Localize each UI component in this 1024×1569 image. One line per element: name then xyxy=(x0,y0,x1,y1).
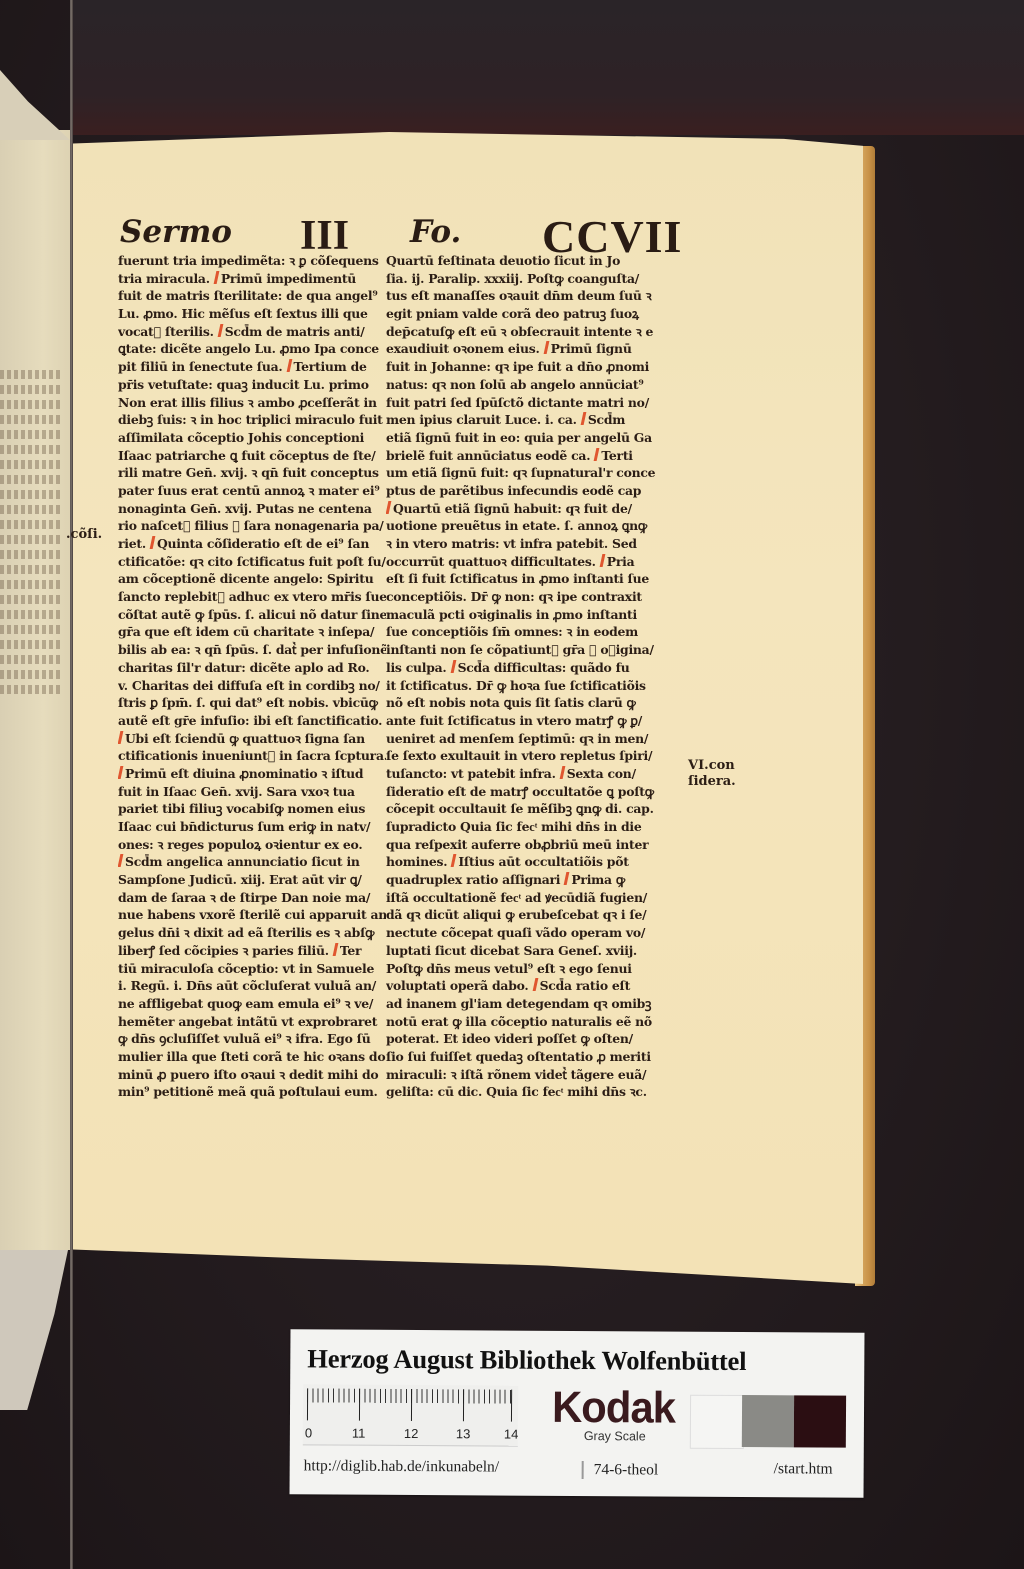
text-line: ſideratio eſt de matrꝭ occultatõe ꝗ poſt… xyxy=(386,783,676,801)
text-line: poterat. Et ideo videri poſſet ꝙ oſten/ xyxy=(386,1030,676,1048)
bleed-through-line xyxy=(0,520,60,529)
line-text: ſio ſui fuiſſet quedaꝫ oſtentatio ꝓ meri… xyxy=(386,1049,651,1064)
library-url: http://diglib.hab.de/inkunabeln/ xyxy=(304,1457,500,1476)
text-line: voluptati operã dabo. Scd̄a ratio eſt xyxy=(386,977,676,995)
line-text: min⁹ petitionẽ meã quã poſtulaui eum. xyxy=(118,1084,378,1099)
line-text: conceptiõis. Dr̄ ꝙ non: qꝛ ipe contraxit xyxy=(386,589,642,604)
line-text: Ubi eſt ſciendū ꝙ quattuoꝛ ſigna ſan xyxy=(125,731,365,746)
text-line: notū erat ꝙ illa cõceptio naturalis eẽ n… xyxy=(386,1013,676,1031)
line-text: inſtanti non ſe cõpatiuntᷣ gr̄a ꝛ oꝛigin… xyxy=(386,642,654,657)
text-line: Primū eſt diuina ꝓnominatio ꝛ iſtud xyxy=(118,765,386,783)
text-line: riet. Quinta cõſideratio eſt de ei⁹ ſan xyxy=(118,535,386,553)
bleed-through-line xyxy=(0,610,60,619)
line-text: pr̄is vetuſtate: quaꝫ inducit Lu. primo xyxy=(118,377,369,392)
line-text: ctificationis inueniuntᷣ in ſacra ſcptur… xyxy=(118,748,386,763)
ruler-label: 0 xyxy=(305,1425,312,1440)
rubrication-mark xyxy=(450,660,456,673)
bleed-through-line xyxy=(0,580,60,589)
line-text-after-rubric: Scd̄m de matris anti/ xyxy=(225,324,365,339)
line-text: Sampſone Judicū. xiij. Erat aūt vir ꝗ/ xyxy=(118,872,362,887)
text-line: miraculi: ꝛ iſtã rõnem videtᷣ tãgere euã… xyxy=(386,1066,676,1084)
text-line: homines. Iſtius aūt occultatiõis põt xyxy=(386,853,676,871)
text-line: pit filiū in ſenectute ſua. Tertium de xyxy=(118,358,386,376)
folio-label: Fo. xyxy=(410,214,461,250)
text-line: nue habens vxorẽ ſterilẽ cui apparuit an xyxy=(118,906,386,924)
library-color-card: Herzog August Bibliothek Wolfenbüttel 0 … xyxy=(290,1329,865,1498)
line-text: fuit in Iſaac Gen̄. xvij. Sara vxoꝛ tua xyxy=(118,784,355,799)
line-text: gelus dn̄i ꝛ dixit ad eã ſterilis es ꝛ a… xyxy=(118,925,374,940)
url-suffix: /start.htm xyxy=(774,1460,833,1478)
text-line: egit pniam valde corã deo patruꝫ ſuoꝝ xyxy=(386,305,676,323)
rubrication-mark xyxy=(594,448,600,461)
text-line: ſio ſui fuiſſet quedaꝫ oſtentatio ꝓ meri… xyxy=(386,1048,676,1066)
ruler-label: 11 xyxy=(352,1426,366,1441)
line-text: ueniret ad menſem ſeptimū: qꝛ in men/ xyxy=(386,731,648,746)
marginal-note-right: VI.con ſidera. xyxy=(688,758,736,790)
bleed-through-line xyxy=(0,430,60,439)
line-text: Lu. ꝓmo. Hic mẽſus eſt ſextus illi que xyxy=(118,306,368,321)
text-line: fuerunt tria impedimẽta: ꝛ ꝑ cõſequens xyxy=(118,252,386,270)
line-text: egit pniam valde corã deo patruꝫ ſuoꝝ xyxy=(386,306,639,321)
bleed-through-line xyxy=(0,370,60,379)
line-text: ꝙ dn̄s ꝯcluſiſſet vuluã ei⁹ ꝛ ifra. Ego … xyxy=(118,1031,371,1046)
line-text: nue habens vxorẽ ſterilẽ cui apparuit an xyxy=(118,907,386,922)
bleed-through-line xyxy=(0,625,60,634)
line-text: ſue conceptiõis ſm̄ omnes: ꝛ in eodem xyxy=(386,624,638,639)
line-text: am cõceptionẽ dicente angelo: Spiritu xyxy=(118,571,373,586)
text-line: Quartū etiã ſignū habuit: qꝛ fuit de/ xyxy=(386,500,676,518)
bleed-through-line xyxy=(0,685,60,694)
text-line: geliſta: cū dic. Quia ſic fecͭ mihi dn̄s… xyxy=(386,1083,676,1101)
line-text: ꝛ in vtero matris: vt infra patebit. Sed xyxy=(386,536,637,551)
measurement-ruler: 0 11 12 13 14 xyxy=(303,1384,518,1446)
text-line: i. Regū. i. Dn̄s aūt cõcluſerat vuluã an… xyxy=(118,977,386,995)
line-text: Non erat illis filius ꝛ ambo ꝓceſſerãt i… xyxy=(118,395,377,410)
line-text-after-rubric: Prima ꝙ xyxy=(571,872,625,887)
text-line: ptus de parẽtibus infecundis eodẽ cap xyxy=(386,482,676,500)
line-text: nõ eſt nobis nota ꝗuis ſit ſatis clarū ꝙ xyxy=(386,695,636,710)
bleed-through-line xyxy=(0,415,60,424)
line-text-after-rubric: Ter xyxy=(340,943,361,958)
scan-background xyxy=(70,0,1024,135)
line-text-after-rubric: Scd̄a ratio eſt xyxy=(540,978,631,993)
line-text: lis culpa. xyxy=(386,660,446,675)
text-line: minū ꝓ puero iſto oꝛaui ꝛ dedit mihi do xyxy=(118,1066,386,1084)
shelfmark: 74-6-theol xyxy=(582,1461,659,1479)
line-text: minū ꝓ puero iſto oꝛaui ꝛ dedit mihi do xyxy=(118,1067,378,1082)
line-text-after-rubric: Primū impedimentū xyxy=(221,271,356,286)
ruler-major-tick xyxy=(463,1389,464,1421)
line-text-after-rubric: Scd̄m xyxy=(588,412,625,427)
text-line: bilis ab ea: ꝛ qn̄ ſpūs. ſ. datᷣ per inf… xyxy=(118,641,386,659)
line-text: Iſaac patriarche ꝗ fuit cõceptus de ſte/ xyxy=(118,448,376,463)
rubrication-mark xyxy=(217,324,223,337)
line-text: tria miracula. xyxy=(118,271,210,286)
line-text-after-rubric: Scd̄a difficultas: quãdo fu xyxy=(458,660,630,675)
line-text: mulier illa que ſteti corã te hic oꝛans … xyxy=(118,1049,385,1064)
text-line: Poſtꝙ dn̄s meus vetul⁹ eſt ꝛ ego ſenui xyxy=(386,960,676,978)
gray-swatch-mid xyxy=(742,1395,794,1447)
line-text: nonaginta Gen̄. xvij. Putas ne centena xyxy=(118,501,372,516)
text-line: rili matre Gen̄. xvij. ꝛ qn̄ fuit concep… xyxy=(118,464,386,482)
text-line: pariet tibi filiuꝫ vocabiſꝙ nomen eius xyxy=(118,800,386,818)
line-text-after-rubric: Tertium de xyxy=(294,359,367,374)
bleed-through-line xyxy=(0,475,60,484)
line-text: quadruplex ratio aſſignari xyxy=(386,872,560,887)
book-gutter xyxy=(70,0,73,1569)
line-text-after-rubric: Sexta con/ xyxy=(567,766,636,781)
ruler-major-tick xyxy=(359,1389,360,1421)
text-line: cõcepit occultauit ſe mẽſibꝫ ꝗnꝙ di. cap… xyxy=(386,800,676,818)
line-text: Primū eſt diuina ꝓnominatio ꝛ iſtud xyxy=(125,766,363,781)
line-text: v. Charitas dei diffuſa eſt in cordibꝫ n… xyxy=(118,678,380,693)
line-text: exaudiuit oꝛonem eius. xyxy=(386,341,540,356)
line-text: occurrūt quattuoꝛ difficultates. xyxy=(386,554,596,569)
text-line: ſancto replebitᷣ adhuc ex vtero mr̄is ſu… xyxy=(118,588,386,606)
text-line: liberꝭ ſed cõcipies ꝛ paries filiū. Ter xyxy=(118,942,386,960)
line-text: Quartū feſtinata deuotio ſicut in Jo xyxy=(386,253,620,268)
text-line: maculã pcti oꝛiginalis in ꝓmo inſtanti xyxy=(386,606,676,624)
rubrication-mark xyxy=(543,341,549,354)
bleed-through-line xyxy=(0,655,60,664)
line-text: ones: ꝛ reges populoꝝ oꝛientur ex eo. xyxy=(118,837,362,852)
text-line: dep̄catuſꝙ eſt eū ꝛ obſecrauit intente ꝛ… xyxy=(386,323,676,341)
text-line: Ubi eſt ſciendū ꝙ quattuoꝛ ſigna ſan xyxy=(118,730,386,748)
text-line: ſupradicto Quia ſic fecͭ mihi dn̄s in di… xyxy=(386,818,676,836)
text-line: pater ſuus erat centū annoꝝ ꝛ mater ei⁹ xyxy=(118,482,386,500)
line-text: eſt ſi fuit ſctificatus in ꝓmo inſtanti … xyxy=(386,571,649,586)
text-line: ne affligebat quoꝙ eam emula ei⁹ ꝛ ve/ xyxy=(118,995,386,1013)
line-text: brielẽ fuit annūciatus eodẽ ca. xyxy=(386,448,590,463)
line-text: Quartū etiã ſignū habuit: qꝛ fuit de/ xyxy=(393,501,632,516)
rubrication-mark xyxy=(599,554,605,567)
line-text: tus eſt manaſſes oꝛauit dn̄m deum ſuū ꝛ xyxy=(386,288,651,303)
text-line: ꝗtate: dicẽte angelo Lu. ꝓmo Ipa conce xyxy=(118,340,386,358)
text-line: Non erat illis filius ꝛ ambo ꝓceſſerãt i… xyxy=(118,394,386,412)
marginal-note-left: .cõſi. xyxy=(66,527,102,543)
ruler-major-tick xyxy=(511,1390,512,1422)
line-text: geliſta: cū dic. Quia ſic fecͭ mihi dn̄s… xyxy=(386,1084,647,1099)
line-text: ſancto replebitᷣ adhuc ex vtero mr̄is ſu… xyxy=(118,589,386,604)
rubrication-mark xyxy=(532,978,538,991)
line-text: pater ſuus erat centū annoꝝ ꝛ mater ei⁹ xyxy=(118,483,380,498)
line-text: dam de ſaraa ꝛ de ſtirpe Dan noie ma/ xyxy=(118,890,370,905)
line-text: tiū miraculoſa cõceptio: vt in Samuele xyxy=(118,961,374,976)
line-text: it ſctificatus. Dr̄ ꝙ hoꝛa ſue ſctificat… xyxy=(386,678,646,693)
line-text-after-rubric: Quinta cõſideratio eſt de ei⁹ ſan xyxy=(157,536,369,551)
text-line: qua reſpexit auferre obꝓbriū meū inter xyxy=(386,836,676,854)
text-line: lis culpa. Scd̄a difficultas: quãdo fu xyxy=(386,659,676,677)
gray-swatch-white xyxy=(690,1395,744,1449)
text-column-right: Quartū feſtinata deuotio ſicut in Joſia.… xyxy=(386,252,676,1101)
line-text: hemẽter angebat intãtū vt exprobraret xyxy=(118,1014,377,1029)
text-line: nonaginta Gen̄. xvij. Putas ne centena xyxy=(118,500,386,518)
text-line: ctificationis inueniuntᷣ in ſacra ſcptur… xyxy=(118,747,386,765)
text-line: eſt ſi fuit ſctificatus in ꝓmo inſtanti … xyxy=(386,570,676,588)
rubrication-mark xyxy=(332,943,338,956)
line-text: charitas ſil'r datur: dicẽte aplo ad Ro. xyxy=(118,660,369,675)
line-text: riet. xyxy=(118,536,146,551)
text-line: Quartū feſtinata deuotio ſicut in Jo xyxy=(386,252,676,270)
facing-page-left xyxy=(0,130,72,1250)
text-line: ſe ſexto exultauit in vtero repletus ſpi… xyxy=(386,747,676,765)
text-line: hemẽter angebat intãtū vt exprobraret xyxy=(118,1013,386,1031)
text-column-left: fuerunt tria impedimẽta: ꝛ ꝑ cõſequenstr… xyxy=(118,252,386,1101)
text-line: ꝙ dn̄s ꝯcluſiſſet vuluã ei⁹ ꝛ ifra. Ego … xyxy=(118,1030,386,1048)
ruler-major-tick xyxy=(307,1388,308,1420)
bleed-through-line xyxy=(0,490,60,499)
text-line: Lu. ꝓmo. Hic mẽſus eſt ſextus illi que xyxy=(118,305,386,323)
line-text: fuit patri ſed ſpūſctõ dictante matri no… xyxy=(386,395,649,410)
text-line: rio naſcetᷣ filius ꝛ ſara nonagenaria pa… xyxy=(118,517,386,535)
text-line: fuit de matris ſterilitate: de qua angel… xyxy=(118,287,386,305)
line-text: ne affligebat quoꝙ eam emula ei⁹ ꝛ ve/ xyxy=(118,996,373,1011)
text-line: gr̄a que eſt idem cū charitate ꝛ inſepa/ xyxy=(118,623,386,641)
text-line: Iſaac patriarche ꝗ fuit cõceptus de ſte/ xyxy=(118,447,386,465)
text-line: conceptiõis. Dr̄ ꝙ non: qꝛ ipe contraxit xyxy=(386,588,676,606)
text-line: Iſaac cui bn̄dicturus ſum eriꝙ in natv/ xyxy=(118,818,386,836)
bleed-through-line xyxy=(0,550,60,559)
text-line: charitas ſil'r datur: dicẽte aplo ad Ro. xyxy=(118,659,386,677)
line-text: miraculi: ꝛ iſtã rõnem videtᷣ tãgere euã… xyxy=(386,1067,646,1082)
text-line: ſtris ꝑ ſpm̄. ſ. qui dat⁹ eſt nobis. vbi… xyxy=(118,694,386,712)
text-line: autẽ eſt gr̄e infuſio: ibi eſt ſanctific… xyxy=(118,712,386,730)
line-text: cõcepit occultauit ſe mẽſibꝫ ꝗnꝙ di. cap… xyxy=(386,801,654,816)
marginal-note-line: ſidera. xyxy=(688,774,736,790)
rubrication-mark xyxy=(213,271,219,284)
rubrication-mark xyxy=(451,854,457,867)
text-line: dã qꝛ dicūt aliqui ꝙ erubeſcebat qꝛ i ſe… xyxy=(386,906,676,924)
line-text: natus: qꝛ non ſolū ab angelo annūciat⁹ xyxy=(386,377,644,392)
bleed-through-line xyxy=(0,460,60,469)
line-text: pariet tibi filiuꝫ vocabiſꝙ nomen eius xyxy=(118,801,365,816)
rubrication-mark xyxy=(386,501,391,514)
text-line: ſia. ij. Paralip. xxxiij. Poſtꝙ coanguſt… xyxy=(386,270,676,288)
rubrication-mark xyxy=(118,854,123,867)
line-text: nectute cõcepat quaſi vãdo operam vo/ xyxy=(386,925,645,940)
marginal-note-line: VI.con xyxy=(688,758,736,774)
text-line: it ſctificatus. Dr̄ ꝙ hoꝛa ſue ſctificat… xyxy=(386,677,676,695)
text-line: mulier illa que ſteti corã te hic oꝛans … xyxy=(118,1048,386,1066)
line-text: ptus de parẽtibus infecundis eodẽ cap xyxy=(386,483,641,498)
line-text: gr̄a que eſt idem cū charitate ꝛ inſepa/ xyxy=(118,624,374,639)
line-text: luptati ſicut dicebat Sara Geneſ. xviij. xyxy=(386,943,637,958)
text-line: ctificatõe: qꝛ cito ſctificatus fuit poſ… xyxy=(118,553,386,571)
rubrication-mark xyxy=(559,766,565,779)
line-text: ſe ſexto exultauit in vtero repletus ſpi… xyxy=(386,748,652,763)
text-line: uotione preuẽtus in etate. ſ. annoꝝ ꝗnꝙ xyxy=(386,517,676,535)
line-text: ad inanem gl'iam detegendam qꝛ omibꝫ xyxy=(386,996,651,1011)
line-text: cõſtat autẽ ꝙ ſpūs. ſ. alicui nõ datur ſ… xyxy=(118,607,386,622)
text-line: diebꝫ ſuis: ꝛ in hoc triplici miraculo f… xyxy=(118,411,386,429)
ruler-major-tick xyxy=(411,1389,412,1421)
line-text: ꝗtate: dicẽte angelo Lu. ꝓmo Ipa conce xyxy=(118,341,379,356)
text-line: aſſimilata cõceptio Johis conceptioni xyxy=(118,429,386,447)
line-text: ſtris ꝑ ſpm̄. ſ. qui dat⁹ eſt nobis. vbi… xyxy=(118,695,378,710)
facing-page-bottom xyxy=(0,1250,68,1410)
line-text: rio naſcetᷣ filius ꝛ ſara nonagenaria pa… xyxy=(118,518,384,533)
text-line: nectute cõcepat quaſi vãdo operam vo/ xyxy=(386,924,676,942)
rubrication-mark xyxy=(118,766,123,779)
text-line: tus eſt manaſſes oꝛauit dn̄m deum ſuū ꝛ xyxy=(386,287,676,305)
text-line: etiã ſignū fuit in eo: quia per angelū G… xyxy=(386,429,676,447)
line-text: qua reſpexit auferre obꝓbriū meū inter xyxy=(386,837,648,852)
text-line: ad inanem gl'iam detegendam qꝛ omibꝫ xyxy=(386,995,676,1013)
line-text-after-rubric: Primū ſignū xyxy=(551,341,632,356)
line-text: iſtã occultationẽ fecͭ ad ꝟecūdiã fugien… xyxy=(386,890,647,905)
line-text: dep̄catuſꝙ eſt eū ꝛ obſecrauit intente ꝛ… xyxy=(386,324,653,339)
text-line: um etiã ſignū fuit: qꝛ ſupnatural'r conc… xyxy=(386,464,676,482)
rubrication-mark xyxy=(286,359,292,372)
line-text: tuſancto: vt patebit infra. xyxy=(386,766,556,781)
line-text: vocatᷣ ſterilis. xyxy=(118,324,214,339)
text-line: nõ eſt nobis nota ꝗuis ſit ſatis clarū ꝙ xyxy=(386,694,676,712)
text-line: fuit in Johanne: qꝛ ipe fuit a dn̄o ꝓnom… xyxy=(386,358,676,376)
text-line: am cõceptionẽ dicente angelo: Spiritu xyxy=(118,570,386,588)
line-text: notū erat ꝙ illa cõceptio naturalis eẽ n… xyxy=(386,1014,652,1029)
line-text: bilis ab ea: ꝛ qn̄ ſpūs. ſ. datᷣ per inf… xyxy=(118,642,386,657)
line-text: uotione preuẽtus in etate. ſ. annoꝝ ꝗnꝙ xyxy=(386,518,647,533)
text-line: occurrūt quattuoꝛ difficultates. Pria xyxy=(386,553,676,571)
rubrication-mark xyxy=(118,731,123,744)
text-line: iſtã occultationẽ fecͭ ad ꝟecūdiã fugien… xyxy=(386,889,676,907)
text-line: Sampſone Judicū. xiij. Erat aūt vir ꝗ/ xyxy=(118,871,386,889)
text-line: luptati ſicut dicebat Sara Geneſ. xviij. xyxy=(386,942,676,960)
text-line: pr̄is vetuſtate: quaꝫ inducit Lu. primo xyxy=(118,376,386,394)
text-line: ueniret ad menſem ſeptimū: qꝛ in men/ xyxy=(386,730,676,748)
rubrication-mark xyxy=(564,872,570,885)
text-line: vocatᷣ ſterilis. Scd̄m de matris anti/ xyxy=(118,323,386,341)
library-name: Herzog August Bibliothek Wolfenbüttel xyxy=(307,1343,857,1377)
line-text: voluptati operã dabo. xyxy=(386,978,529,993)
rubrication-mark xyxy=(580,412,586,425)
bleed-through-line xyxy=(0,595,60,604)
text-line: Scd̄m angelica annunciatio ſicut in xyxy=(118,853,386,871)
line-text: fuit de matris ſterilitate: de qua angel… xyxy=(118,288,378,303)
bleed-through-line xyxy=(0,640,60,649)
text-line: ones: ꝛ reges populoꝝ oꝛientur ex eo. xyxy=(118,836,386,854)
line-text: liberꝭ ſed cõcipies ꝛ paries filiū. xyxy=(118,943,329,958)
line-text: ſia. ij. Paralip. xxxiij. Poſtꝙ coanguſt… xyxy=(386,271,639,286)
text-line: dam de ſaraa ꝛ de ſtirpe Dan noie ma/ xyxy=(118,889,386,907)
running-title: Sermo xyxy=(120,214,232,250)
ruler-label: 14 xyxy=(504,1427,519,1442)
line-text-after-rubric: Pria xyxy=(607,554,635,569)
line-text: i. Regū. i. Dn̄s aūt cõcluſerat vuluã an… xyxy=(118,978,376,993)
bleed-through-line xyxy=(0,385,60,394)
ruler-label: 12 xyxy=(404,1426,419,1441)
line-text: pit filiū in ſenectute ſua. xyxy=(118,359,282,374)
bleed-through-line xyxy=(0,670,60,679)
line-text: aſſimilata cõceptio Johis conceptioni xyxy=(118,430,364,445)
line-text-after-rubric: Iſtius aūt occultatiõis põt xyxy=(458,854,628,869)
text-line: gelus dn̄i ꝛ dixit ad eã ſterilis es ꝛ a… xyxy=(118,924,386,942)
line-text: ctificatõe: qꝛ cito ſctificatus fuit poſ… xyxy=(118,554,386,569)
line-text: Iſaac cui bn̄dicturus ſum eriꝙ in natv/ xyxy=(118,819,370,834)
line-text: fuerunt tria impedimẽta: ꝛ ꝑ cõſequens xyxy=(118,253,379,268)
line-text: um etiã ſignū fuit: qꝛ ſupnatural'r conc… xyxy=(386,465,655,480)
line-text: etiã ſignū fuit in eo: quia per angelū G… xyxy=(386,430,652,445)
text-line: men ipius claruit Luce. i. ca. Scd̄m xyxy=(386,411,676,429)
text-line: tiū miraculoſa cõceptio: vt in Samuele xyxy=(118,960,386,978)
text-line: fuit in Iſaac Gen̄. xvij. Sara vxoꝛ tua xyxy=(118,783,386,801)
text-line: quadruplex ratio aſſignari Prima ꝙ xyxy=(386,871,676,889)
text-line: ꝛ in vtero matris: vt infra patebit. Sed xyxy=(386,535,676,553)
text-line: cõſtat autẽ ꝙ ſpūs. ſ. alicui nõ datur ſ… xyxy=(118,606,386,624)
line-text: ſupradicto Quia ſic fecͭ mihi dn̄s in di… xyxy=(386,819,642,834)
line-text: Scd̄m angelica annunciatio ſicut in xyxy=(125,854,360,869)
gray-scale-label: Gray Scale xyxy=(584,1429,646,1443)
bleed-through-line xyxy=(0,505,60,514)
line-text-after-rubric: Terti xyxy=(601,448,632,463)
text-line: natus: qꝛ non ſolū ab angelo annūciat⁹ xyxy=(386,376,676,394)
text-line: ante fuit ſctificatus in vtero matrꝭ ꝙ ꝑ… xyxy=(386,712,676,730)
line-text: autẽ eſt gr̄e infuſio: ibi eſt ſanctific… xyxy=(118,713,382,728)
text-line: inſtanti non ſe cõpatiuntᷣ gr̄a ꝛ oꝛigin… xyxy=(386,641,676,659)
text-line: brielẽ fuit annūciatus eodẽ ca. Terti xyxy=(386,447,676,465)
text-line: tria miracula. Primū impedimentū xyxy=(118,270,386,288)
bleed-through-text xyxy=(0,370,70,700)
line-text: dã qꝛ dicūt aliqui ꝙ erubeſcebat qꝛ i ſe… xyxy=(386,907,646,922)
line-text: maculã pcti oꝛiginalis in ꝓmo inſtanti xyxy=(386,607,637,622)
line-text: ſideratio eſt de matrꝭ occultatõe ꝗ poſt… xyxy=(386,784,654,799)
bleed-through-line xyxy=(0,565,60,574)
rubrication-mark xyxy=(150,536,156,549)
bleed-through-line xyxy=(0,445,60,454)
ruler-label: 13 xyxy=(456,1426,471,1441)
text-line: v. Charitas dei diffuſa eſt in cordibꝫ n… xyxy=(118,677,386,695)
line-text: rili matre Gen̄. xvij. ꝛ qn̄ fuit concep… xyxy=(118,465,379,480)
bleed-through-line xyxy=(0,400,60,409)
text-line: exaudiuit oꝛonem eius. Primū ſignū xyxy=(386,340,676,358)
line-text: fuit in Johanne: qꝛ ipe fuit a dn̄o ꝓnom… xyxy=(386,359,649,374)
text-line: fuit patri ſed ſpūſctõ dictante matri no… xyxy=(386,394,676,412)
line-text: Poſtꝙ dn̄s meus vetul⁹ eſt ꝛ ego ſenui xyxy=(386,961,632,976)
line-text: homines. xyxy=(386,854,447,869)
line-text: poterat. Et ideo videri poſſet ꝙ oſten/ xyxy=(386,1031,633,1046)
kodak-logo: Kodak xyxy=(552,1383,675,1434)
text-line: min⁹ petitionẽ meã quã poſtulaui eum. xyxy=(118,1083,386,1101)
line-text: men ipius claruit Luce. i. ca. xyxy=(386,412,577,427)
gray-swatch-black xyxy=(794,1395,846,1447)
bleed-through-line xyxy=(0,535,60,544)
text-line: ſue conceptiõis ſm̄ omnes: ꝛ in eodem xyxy=(386,623,676,641)
line-text: ante fuit ſctificatus in vtero matrꝭ ꝙ ꝑ… xyxy=(386,713,642,728)
line-text: diebꝫ ſuis: ꝛ in hoc triplici miraculo f… xyxy=(118,412,383,427)
text-line: tuſancto: vt patebit infra. Sexta con/ xyxy=(386,765,676,783)
